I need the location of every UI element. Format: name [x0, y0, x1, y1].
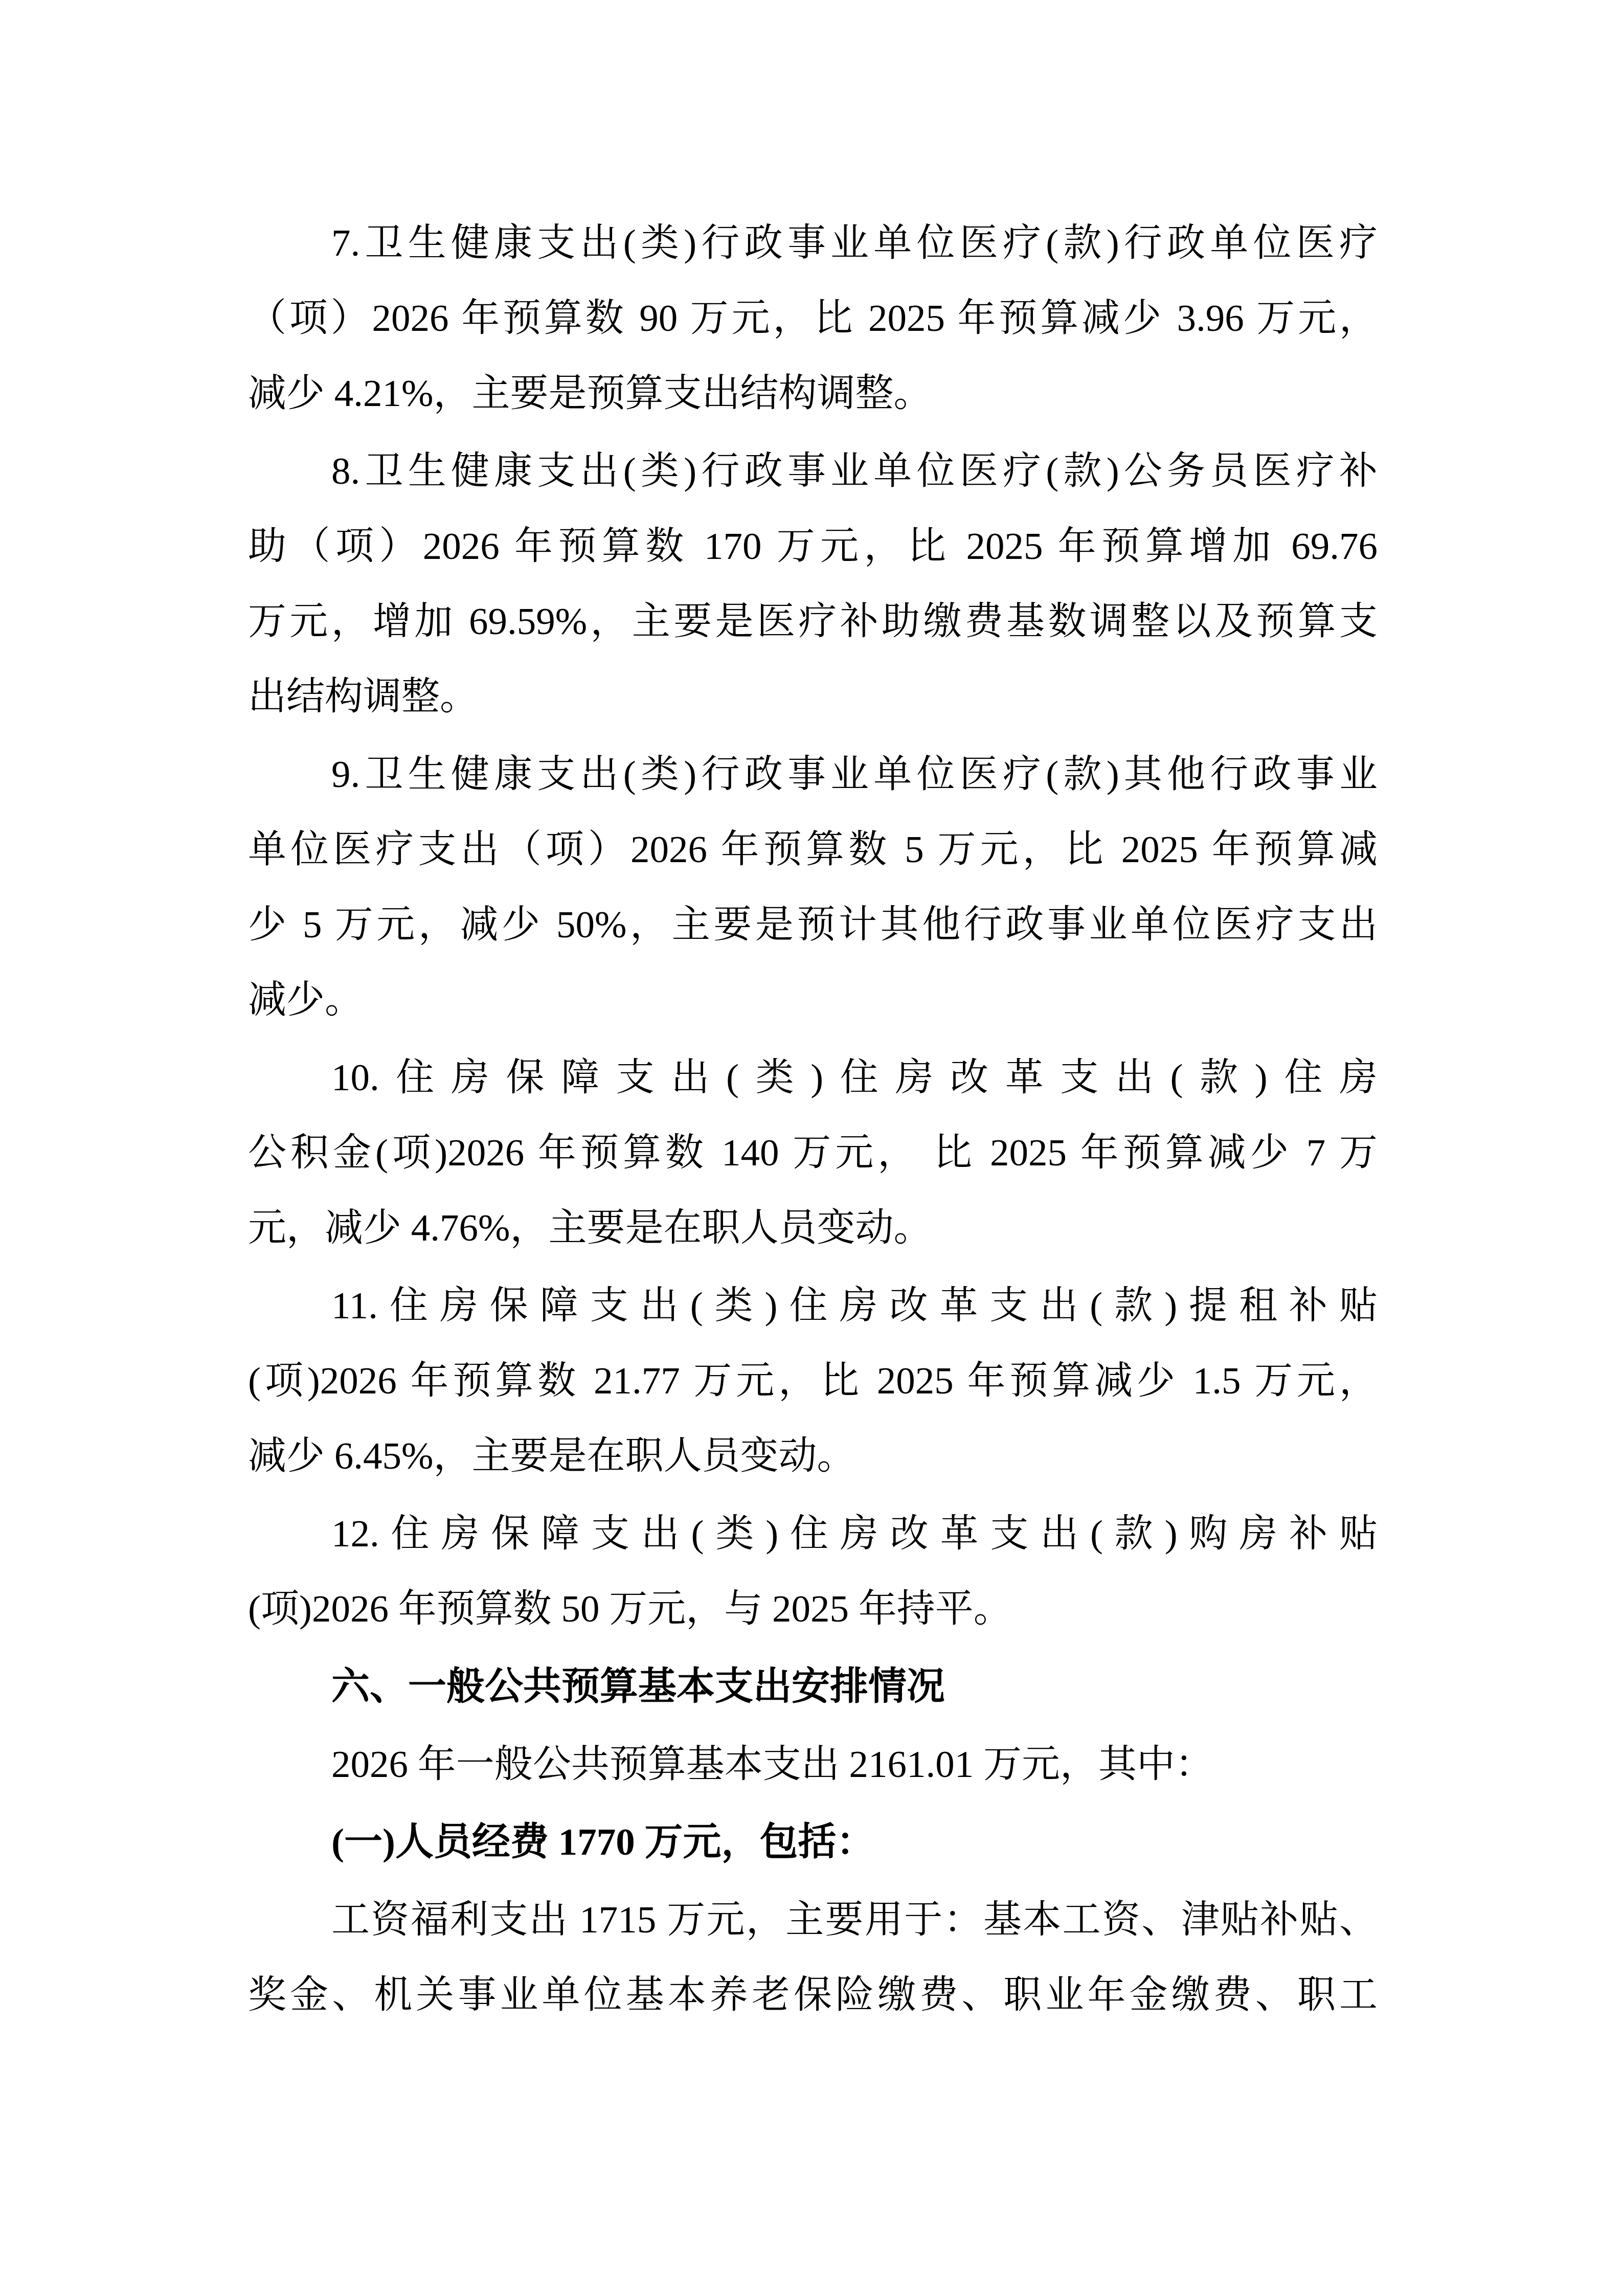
text-line: 少 5 万元，减少 50%，主要是预计其他行政事业单位医疗支出 [248, 887, 1378, 962]
text-line: 万元，增加 69.59%，主要是医疗补助缴费基数调整以及预算支 [248, 584, 1378, 659]
text-line: 2026 年一般公共预算基本支出 2161.01 万元，其中： [248, 1727, 1378, 1802]
text-line: 9.卫生健康支出(类)行政事业单位医疗(款)其他行政事业 [248, 737, 1378, 812]
text-line: 工资福利支出 1715 万元，主要用于：基本工资、津贴补贴、 [248, 1882, 1378, 1957]
text-line: 单位医疗支出（项）2026 年预算数 5 万元，比 2025 年预算减 [248, 812, 1378, 887]
text-line: 10.住房保障支出(类)住房改革支出(款)住房 [248, 1040, 1378, 1115]
paragraph-item-9: 9.卫生健康支出(类)行政事业单位医疗(款)其他行政事业 单位医疗支出（项）20… [248, 737, 1378, 1038]
document-page: 7.卫生健康支出(类)行政事业单位医疗(款)行政单位医疗 （项）2026 年预算… [0, 0, 1623, 2296]
paragraph-item-8: 8.卫生健康支出(类)行政事业单位医疗(款)公务员医疗补 助（项）2026 年预… [248, 434, 1378, 734]
subheading-text: (一)人员经费 1770 万元，包括： [248, 1805, 1378, 1880]
section-heading-text: 六、一般公共预算基本支出安排情况 [248, 1649, 1378, 1724]
text-line: 减少。 [248, 962, 1378, 1038]
text-line: 出结构调整。 [248, 659, 1378, 734]
text-line: 助（项）2026 年预算数 170 万元，比 2025 年预算增加 69.76 [248, 509, 1378, 584]
subheading-personnel-funds: (一)人员经费 1770 万元，包括： [248, 1805, 1378, 1880]
text-line: （项）2026 年预算数 90 万元，比 2025 年预算减少 3.96 万元， [248, 281, 1378, 356]
text-line: (项)2026 年预算数 21.77 万元，比 2025 年预算减少 1.5 万… [248, 1343, 1378, 1419]
text-line: 7.卫生健康支出(类)行政事业单位医疗(款)行政单位医疗 [248, 206, 1378, 281]
text-line: 8.卫生健康支出(类)行政事业单位医疗(款)公务员医疗补 [248, 434, 1378, 509]
section-heading: 六、一般公共预算基本支出安排情况 [248, 1649, 1378, 1724]
paragraph-item-11: 11.住房保障支出(类)住房改革支出(款)提租补贴 (项)2026 年预算数 2… [248, 1268, 1378, 1494]
document-text-block: 7.卫生健康支出(类)行政事业单位医疗(款)行政单位医疗 （项）2026 年预算… [248, 206, 1378, 2033]
text-line: 减少 6.45%，主要是在职人员变动。 [248, 1419, 1378, 1494]
paragraph-salary-welfare: 工资福利支出 1715 万元，主要用于：基本工资、津贴补贴、 奖金、机关事业单位… [248, 1882, 1378, 2033]
paragraph-item-7: 7.卫生健康支出(类)行政事业单位医疗(款)行政单位医疗 （项）2026 年预算… [248, 206, 1378, 431]
text-line: 减少 4.21%，主要是预算支出结构调整。 [248, 356, 1378, 431]
text-line: 11.住房保障支出(类)住房改革支出(款)提租补贴 [248, 1268, 1378, 1343]
paragraph-item-12: 12.住房保障支出(类)住房改革支出(款)购房补贴 (项)2026 年预算数 5… [248, 1496, 1378, 1647]
paragraph-item-10: 10.住房保障支出(类)住房改革支出(款)住房 公积金(项)2026 年预算数 … [248, 1040, 1378, 1266]
text-line: 12.住房保障支出(类)住房改革支出(款)购房补贴 [248, 1496, 1378, 1571]
text-line: (项)2026 年预算数 50 万元，与 2025 年持平。 [248, 1571, 1378, 1647]
text-line: 元，减少 4.76%，主要是在职人员变动。 [248, 1190, 1378, 1266]
text-line: 公积金(项)2026 年预算数 140 万元， 比 2025 年预算减少 7 万 [248, 1115, 1378, 1190]
text-line: 奖金、机关事业单位基本养老保险缴费、职业年金缴费、职工 [248, 1957, 1378, 2033]
paragraph-basic-expenditure-total: 2026 年一般公共预算基本支出 2161.01 万元，其中： [248, 1727, 1378, 1802]
